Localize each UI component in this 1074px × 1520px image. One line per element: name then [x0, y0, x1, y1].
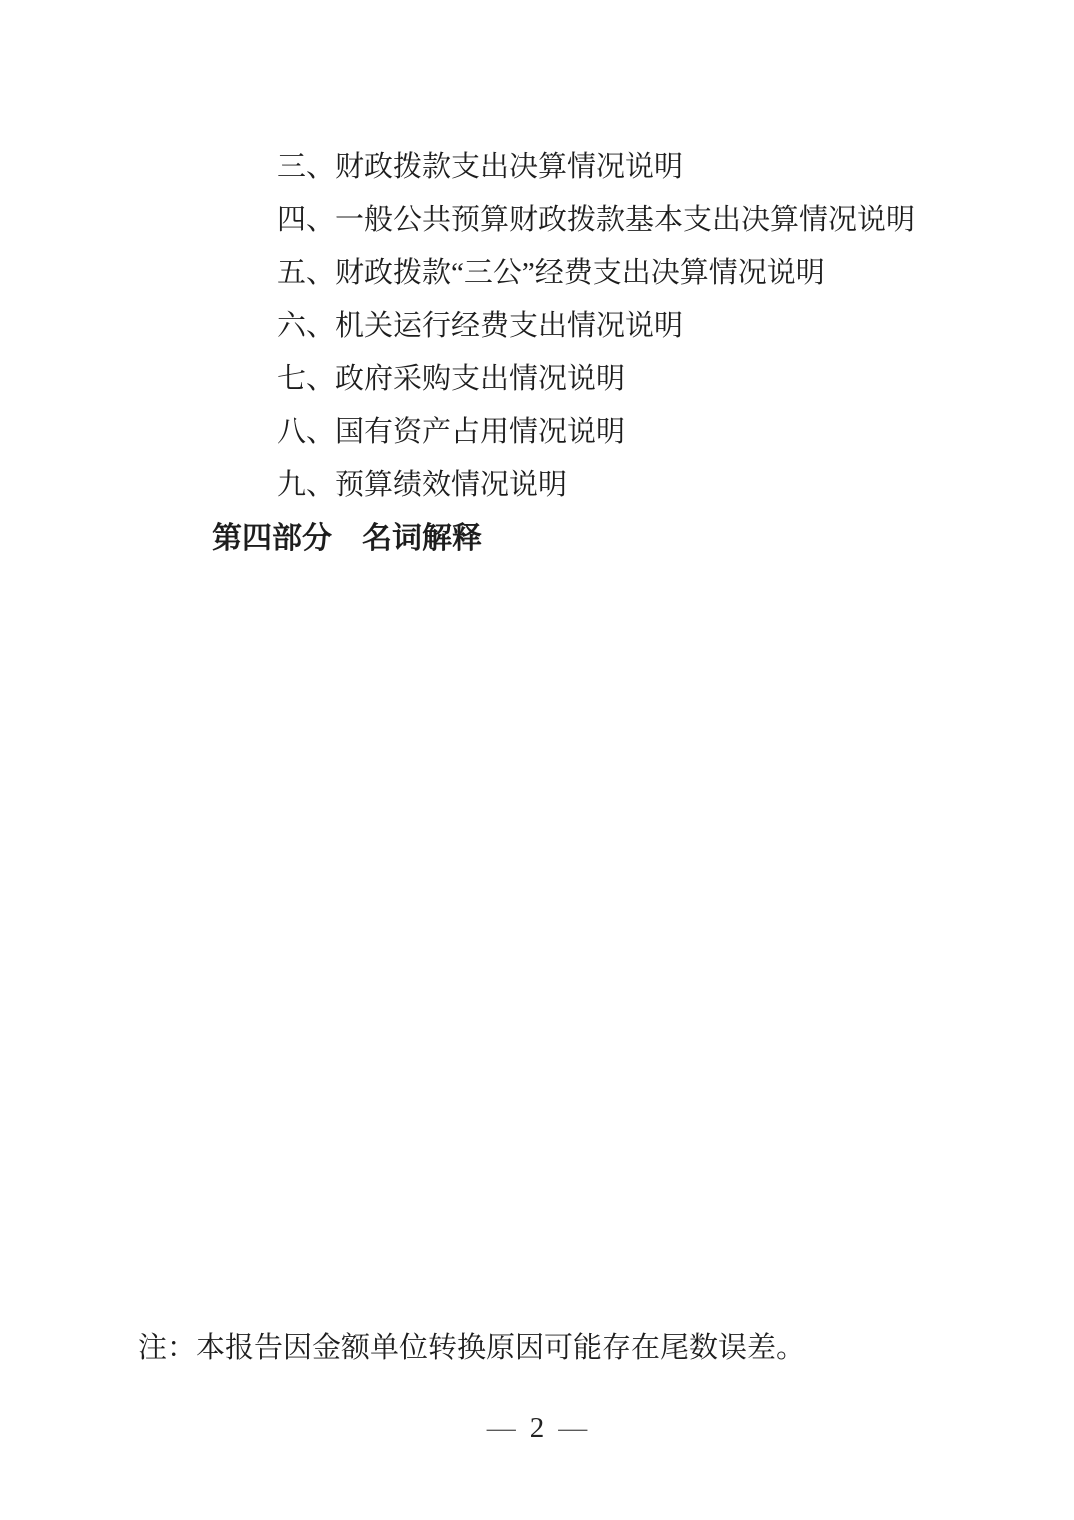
section-heading-part4: 第四部分 名词解释: [0, 512, 1074, 565]
toc-item-3: 三、财政拨款支出决算情况说明: [0, 141, 1074, 194]
footer-right-dash: —: [558, 1412, 587, 1444]
toc-item-5: 五、财政拨款“三公”经费支出决算情况说明: [0, 247, 1074, 300]
table-of-contents: 三、财政拨款支出决算情况说明 四、一般公共预算财政拨款基本支出决算情况说明 五、…: [0, 0, 1074, 512]
page-number: 2: [530, 1412, 545, 1444]
document-page: 三、财政拨款支出决算情况说明 四、一般公共预算财政拨款基本支出决算情况说明 五、…: [0, 0, 1074, 1520]
toc-item-9: 九、预算绩效情况说明: [0, 459, 1074, 512]
toc-item-6: 六、机关运行经费支出情况说明: [0, 300, 1074, 353]
footnote: 注：本报告因金额单位转换原因可能存在尾数误差。: [0, 1322, 1074, 1375]
page-footer: —2—: [0, 1408, 1074, 1448]
toc-item-7: 七、政府采购支出情况说明: [0, 353, 1074, 406]
toc-item-4: 四、一般公共预算财政拨款基本支出决算情况说明: [0, 194, 1074, 247]
toc-item-8: 八、国有资产占用情况说明: [0, 406, 1074, 459]
footer-left-dash: —: [487, 1412, 516, 1444]
